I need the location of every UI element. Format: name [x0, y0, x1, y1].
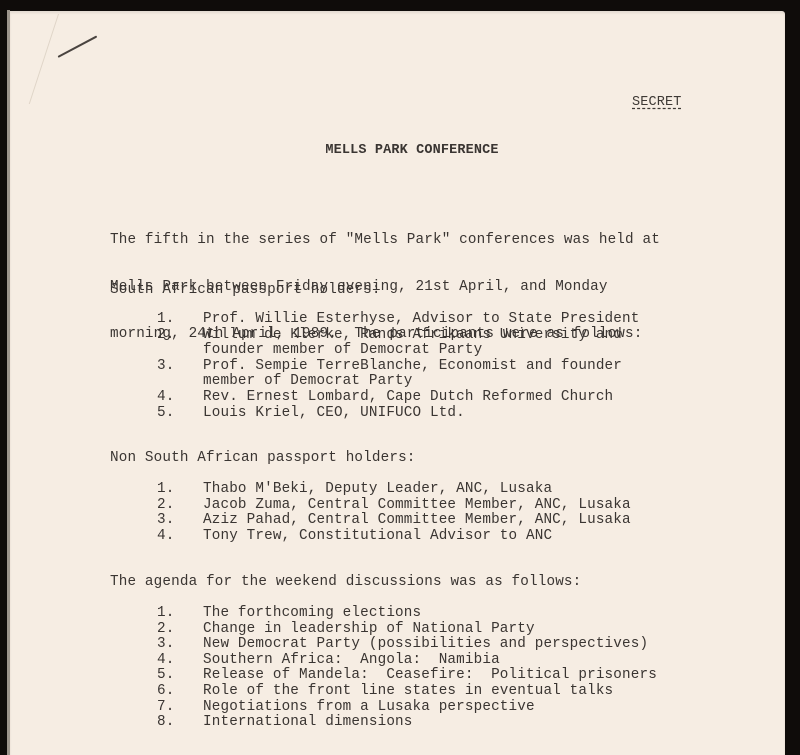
list-item-number: 2. — [157, 498, 203, 514]
list-item: 4.Southern Africa: Angola: Namibia — [157, 653, 657, 669]
list-item-number: 2. — [157, 328, 203, 344]
list-item-number: 6. — [157, 684, 203, 700]
list-item-text: member of Democrat Party — [203, 374, 413, 390]
intro-line: The fifth in the series of "Mells Park" … — [110, 233, 730, 249]
list-item: 1.The forthcoming elections — [157, 606, 657, 622]
list-item-number: 8. — [157, 715, 203, 731]
list-item: 5.Louis Kriel, CEO, UNIFUCO Ltd. — [157, 406, 639, 422]
list-item-number: 4. — [157, 653, 203, 669]
list-item: 8.International dimensions — [157, 715, 657, 731]
list-item-number: 4. — [157, 529, 203, 545]
list-item-text: International dimensions — [203, 715, 413, 731]
south-african-participants-list: 1.Prof. Willie Esterhyse, Advisor to Sta… — [157, 312, 639, 421]
list-item-text: Rev. Ernest Lombard, Cape Dutch Reformed… — [203, 390, 613, 406]
list-item: 5.Release of Mandela: Ceasefire: Politic… — [157, 668, 657, 684]
classification-label: SECRET — [632, 95, 682, 110]
list-item-number: 7. — [157, 700, 203, 716]
list-item-text: Willum de Klerke, Rands Afrikaans Univer… — [203, 328, 622, 344]
list-item-number: 1. — [157, 482, 203, 498]
list-item: 4.Rev. Ernest Lombard, Cape Dutch Reform… — [157, 390, 639, 406]
list-item-text: Thabo M'Beki, Deputy Leader, ANC, Lusaka — [203, 482, 552, 498]
list-item-text: Prof. Willie Esterhyse, Advisor to State… — [203, 312, 639, 328]
document-title: MELLS PARK CONFERENCE — [0, 143, 800, 158]
list-item: 1.Thabo M'Beki, Deputy Leader, ANC, Lusa… — [157, 482, 631, 498]
list-item: 4.Tony Trew, Constitutional Advisor to A… — [157, 529, 631, 545]
list-item: 3.Aziz Pahad, Central Committee Member, … — [157, 513, 631, 529]
list-item-text: Role of the front line states in eventua… — [203, 684, 613, 700]
list-item: 3.Prof. Sempie TerreBlanche, Economist a… — [157, 359, 639, 375]
agenda-list: 1.The forthcoming elections2.Change in l… — [157, 606, 657, 731]
list-item: 7.Negotiations from a Lusaka perspective — [157, 700, 657, 716]
list-item: 3.New Democrat Party (possibilities and … — [157, 637, 657, 653]
list-item-text: Negotiations from a Lusaka perspective — [203, 700, 535, 716]
non-south-african-heading: Non South African passport holders: — [110, 450, 416, 466]
non-south-african-participants-list: 1.Thabo M'Beki, Deputy Leader, ANC, Lusa… — [157, 482, 631, 544]
list-item-number: 5. — [157, 668, 203, 684]
list-item-text: Louis Kriel, CEO, UNIFUCO Ltd. — [203, 406, 465, 422]
agenda-heading: The agenda for the weekend discussions w… — [110, 574, 581, 590]
list-item-number: 2. — [157, 622, 203, 638]
list-item: 2.Willum de Klerke, Rands Afrikaans Univ… — [157, 328, 639, 344]
document-body: SECRET MELLS PARK CONFERENCE The fifth i… — [0, 0, 800, 755]
list-item-text: Tony Trew, Constitutional Advisor to ANC — [203, 529, 552, 545]
list-item: 1.Prof. Willie Esterhyse, Advisor to Sta… — [157, 312, 639, 328]
list-item-text: The forthcoming elections — [203, 606, 421, 622]
list-item-text: New Democrat Party (possibilities and pe… — [203, 637, 648, 653]
list-item-number: 3. — [157, 359, 203, 375]
list-item: 6.Role of the front line states in event… — [157, 684, 657, 700]
list-item-text: Prof. Sempie TerreBlanche, Economist and… — [203, 359, 622, 375]
south-african-heading: South African passport holders: — [110, 282, 381, 298]
list-item-number: 1. — [157, 312, 203, 328]
list-item-text: Jacob Zuma, Central Committee Member, AN… — [203, 498, 631, 514]
list-item-number: 4. — [157, 390, 203, 406]
list-item-number: 1. — [157, 606, 203, 622]
list-item-number: 3. — [157, 513, 203, 529]
list-item-text: Southern Africa: Angola: Namibia — [203, 653, 500, 669]
list-item-text: Release of Mandela: Ceasefire: Political… — [203, 668, 657, 684]
list-item-text: Change in leadership of National Party — [203, 622, 535, 638]
list-item: 2.Jacob Zuma, Central Committee Member, … — [157, 498, 631, 514]
list-item-text: Aziz Pahad, Central Committee Member, AN… — [203, 513, 631, 529]
list-item-number: 3. — [157, 637, 203, 653]
list-item-number: 5. — [157, 406, 203, 422]
list-item-text: founder member of Democrat Party — [203, 343, 482, 359]
list-item: 2.Change in leadership of National Party — [157, 622, 657, 638]
list-item-number — [157, 374, 203, 390]
list-item-continuation: founder member of Democrat Party — [157, 343, 639, 359]
list-item-number — [157, 343, 203, 359]
list-item-continuation: member of Democrat Party — [157, 374, 639, 390]
